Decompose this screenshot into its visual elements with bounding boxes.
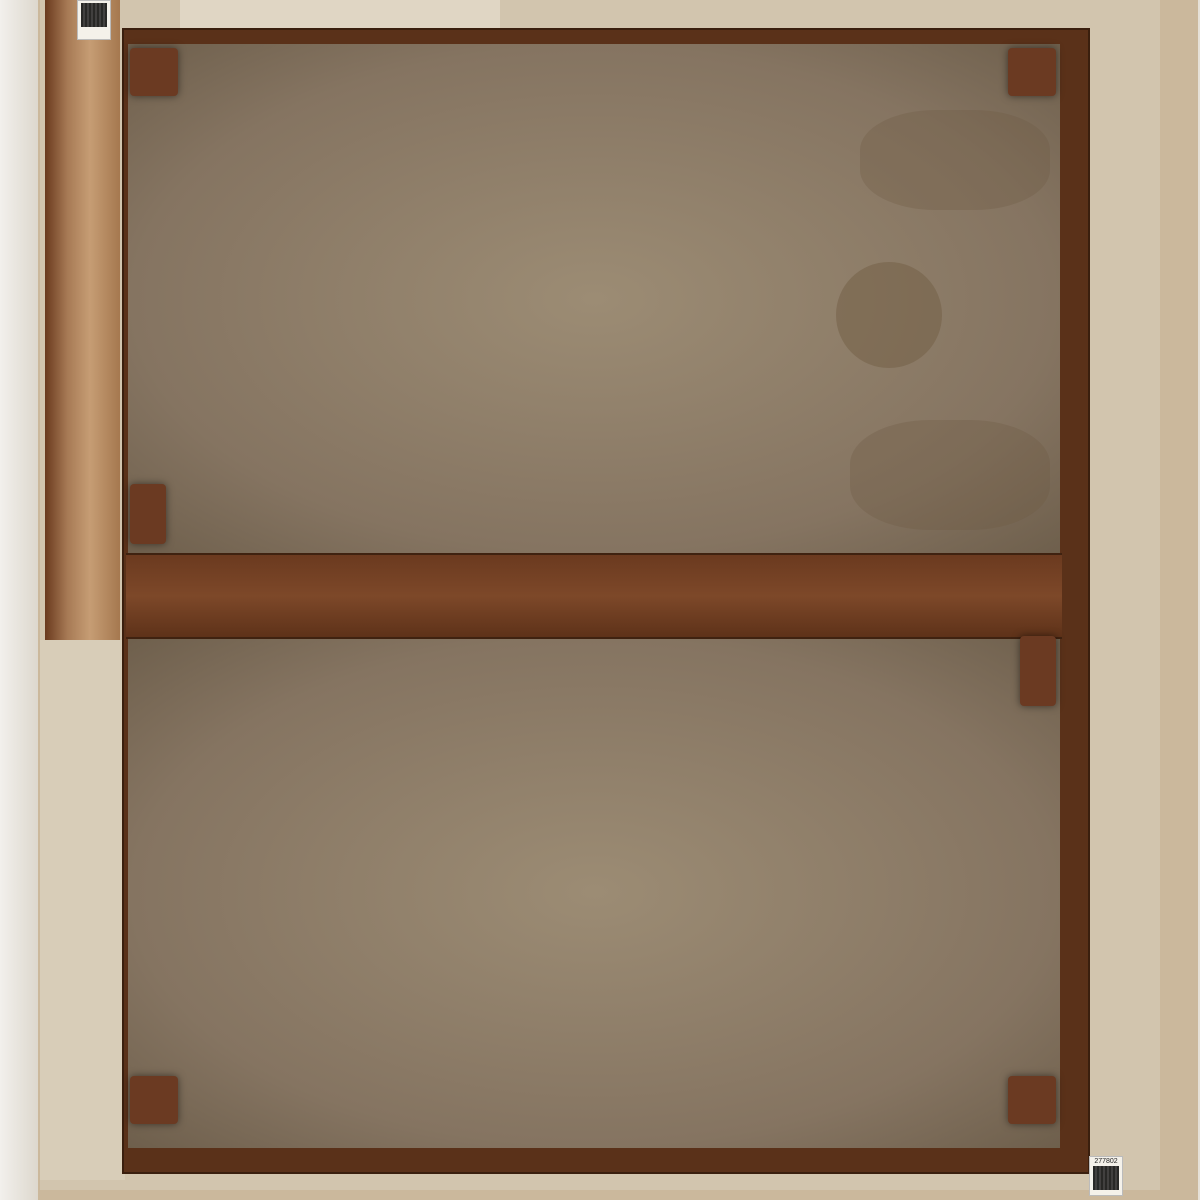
inventory-label-bottom-right: 277802: [1089, 1156, 1123, 1196]
inventory-label-top-left: [77, 0, 111, 40]
corner-key-top-right: [1008, 48, 1056, 96]
side-key-right: [1020, 636, 1056, 706]
side-key-left: [130, 484, 166, 544]
qr-code-icon: [1093, 1166, 1119, 1190]
qr-code-icon: [81, 3, 107, 27]
water-stain-upper: [860, 110, 1050, 210]
corner-key-bottom-right: [1008, 1076, 1056, 1124]
canvas-lower-panel: [128, 636, 1060, 1148]
torn-paper-top: [180, 0, 500, 28]
corner-key-top-left: [130, 48, 178, 96]
corner-key-bottom-left: [130, 1076, 178, 1124]
torn-paper-left: [40, 640, 125, 1180]
frame-left-edge: [45, 0, 120, 680]
stretcher-crossbar: [126, 553, 1062, 639]
water-stain-round: [836, 262, 942, 368]
water-stain-lower: [850, 420, 1050, 530]
inventory-number: 277802: [1094, 1158, 1117, 1165]
